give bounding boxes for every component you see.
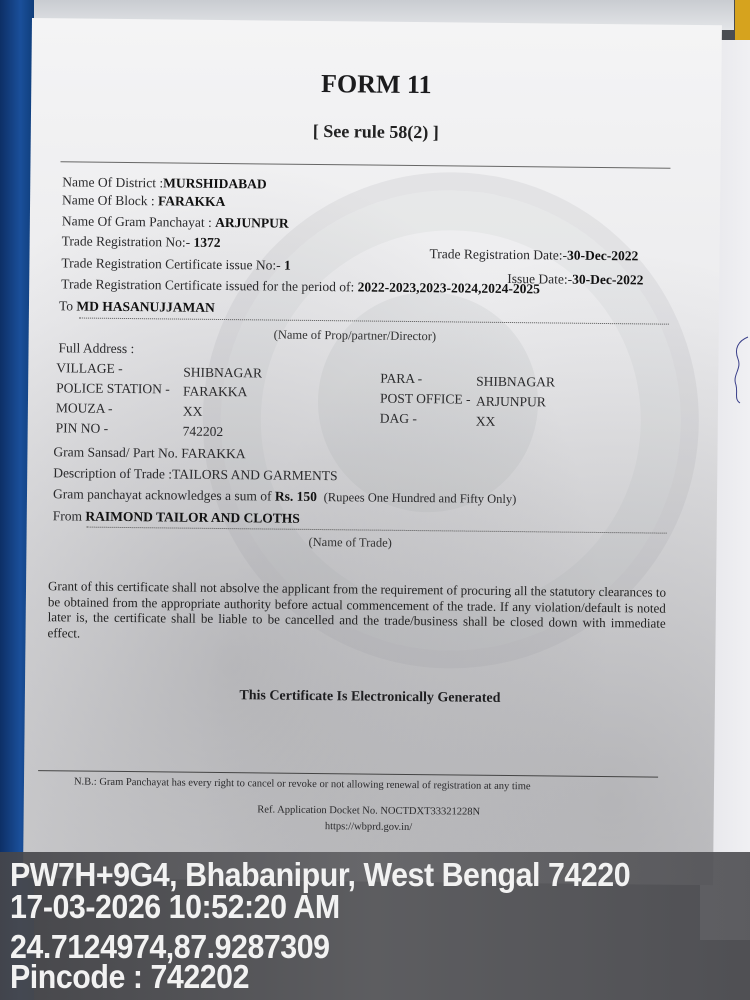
address-mouza-label: MOUZA - [56, 400, 113, 417]
reg-date-line: Trade Registration Date:-30-Dec-2022 [429, 246, 638, 264]
electronic-note: This Certificate Is Electronically Gener… [25, 686, 715, 709]
trade-caption: (Name of Trade) [308, 535, 391, 551]
certificate-paper: FORM 11 [ See rule 58(2) ] Name Of Distr… [23, 18, 722, 885]
docket-ref: Ref. Application Docket No. NOCTDXT33321… [24, 802, 714, 820]
reg-no-line: Trade Registration No:- 1372 [62, 233, 221, 251]
terms-paragraph: Grant of this certificate shall not abso… [47, 578, 666, 646]
geotag-datetime: 17-03-2026 10:52:20 AM [10, 888, 340, 926]
address-po-label: POST OFFICE - [380, 391, 471, 408]
reg-date-value: 30-Dec-2022 [567, 248, 638, 264]
issue-no-value: 1 [284, 258, 291, 273]
address-village-label: VILLAGE - [56, 360, 123, 377]
address-pin-value: 742202 [183, 424, 224, 440]
to-line: To MD HASANUJJAMAN [59, 298, 215, 316]
proprietor-name: MD HASANUJJAMAN [76, 298, 215, 314]
gram-sansad: Gram Sansad/ Part No. FARAKKA [53, 444, 245, 462]
block-value: FARAKKA [158, 193, 225, 209]
amount: Rs. 150 [275, 489, 317, 504]
geotag-overlay: PW7H+9G4, Bhabanipur, West Bengal 74220 … [0, 852, 750, 1000]
block-line: Name Of Block : FARAKKA [62, 192, 225, 210]
address-dag-value: XX [476, 414, 496, 430]
address-para-label: PARA - [380, 371, 422, 387]
from-label: From [53, 508, 86, 523]
to-label: To [59, 298, 77, 313]
amount-words: (Rupees One Hundred and Fifty Only) [324, 490, 517, 506]
background-object [735, 0, 750, 40]
reg-no-value: 1372 [193, 235, 220, 250]
issue-no-label: Trade Registration Certificate issue No:… [61, 255, 284, 272]
gp-value: ARJUNPUR [215, 215, 289, 231]
district-value: MURSHIDABAD [163, 175, 267, 191]
address-dag-label: DAG - [380, 411, 417, 427]
issue-date-value: 30-Dec-2022 [572, 272, 643, 288]
trade-description: Description of Trade :TAILORS AND GARMEN… [53, 465, 337, 484]
address-heading: Full Address : [58, 340, 134, 357]
address-po-value: ARJUNPUR [476, 394, 546, 411]
address-mouza-value: XX [183, 404, 203, 420]
reg-date-label: Trade Registration Date:- [429, 246, 567, 262]
address-para-value: SHIBNAGAR [476, 374, 555, 391]
address-ps-label: POLICE STATION - [56, 380, 170, 397]
nb-note: N.B.: Gram Panchayat has every right to … [74, 776, 531, 792]
gp-line: Name Of Gram Panchayat : ARJUNPUR [62, 213, 289, 231]
ack-prefix: Gram panchayat acknowledges a sum of [53, 486, 275, 503]
block-label: Name Of Block : [62, 192, 158, 208]
website-url: https://wbprd.gov.in/ [24, 818, 714, 836]
form-subtitle: [ See rule 58(2) ] [31, 118, 721, 146]
period-label: Trade Registration Certificate issued fo… [61, 276, 358, 294]
district-line: Name Of District :MURSHIDABAD [62, 174, 267, 192]
pen-mark [730, 335, 750, 405]
divider [60, 161, 670, 168]
trade-name: RAIMOND TAILOR AND CLOTHS [85, 509, 300, 526]
reg-no-label: Trade Registration No:- [62, 233, 194, 249]
address-pin-label: PIN NO - [56, 420, 109, 437]
from-line: From RAIMOND TAILOR AND CLOTHS [53, 508, 300, 527]
proprietor-caption: (Name of Prop/partner/Director) [274, 328, 437, 345]
address-ps-value: FARAKKA [183, 384, 247, 401]
issue-no-line: Trade Registration Certificate issue No:… [61, 255, 290, 273]
geotag-pincode: Pincode : 742202 [10, 958, 249, 996]
address-village-value: SHIBNAGAR [183, 365, 262, 382]
gp-label: Name Of Gram Panchayat : [62, 213, 215, 230]
district-label: Name Of District : [62, 174, 163, 190]
period-value: 2022-2023,2023-2024,2024-2025 [358, 279, 540, 296]
form-title: FORM 11 [31, 66, 721, 103]
